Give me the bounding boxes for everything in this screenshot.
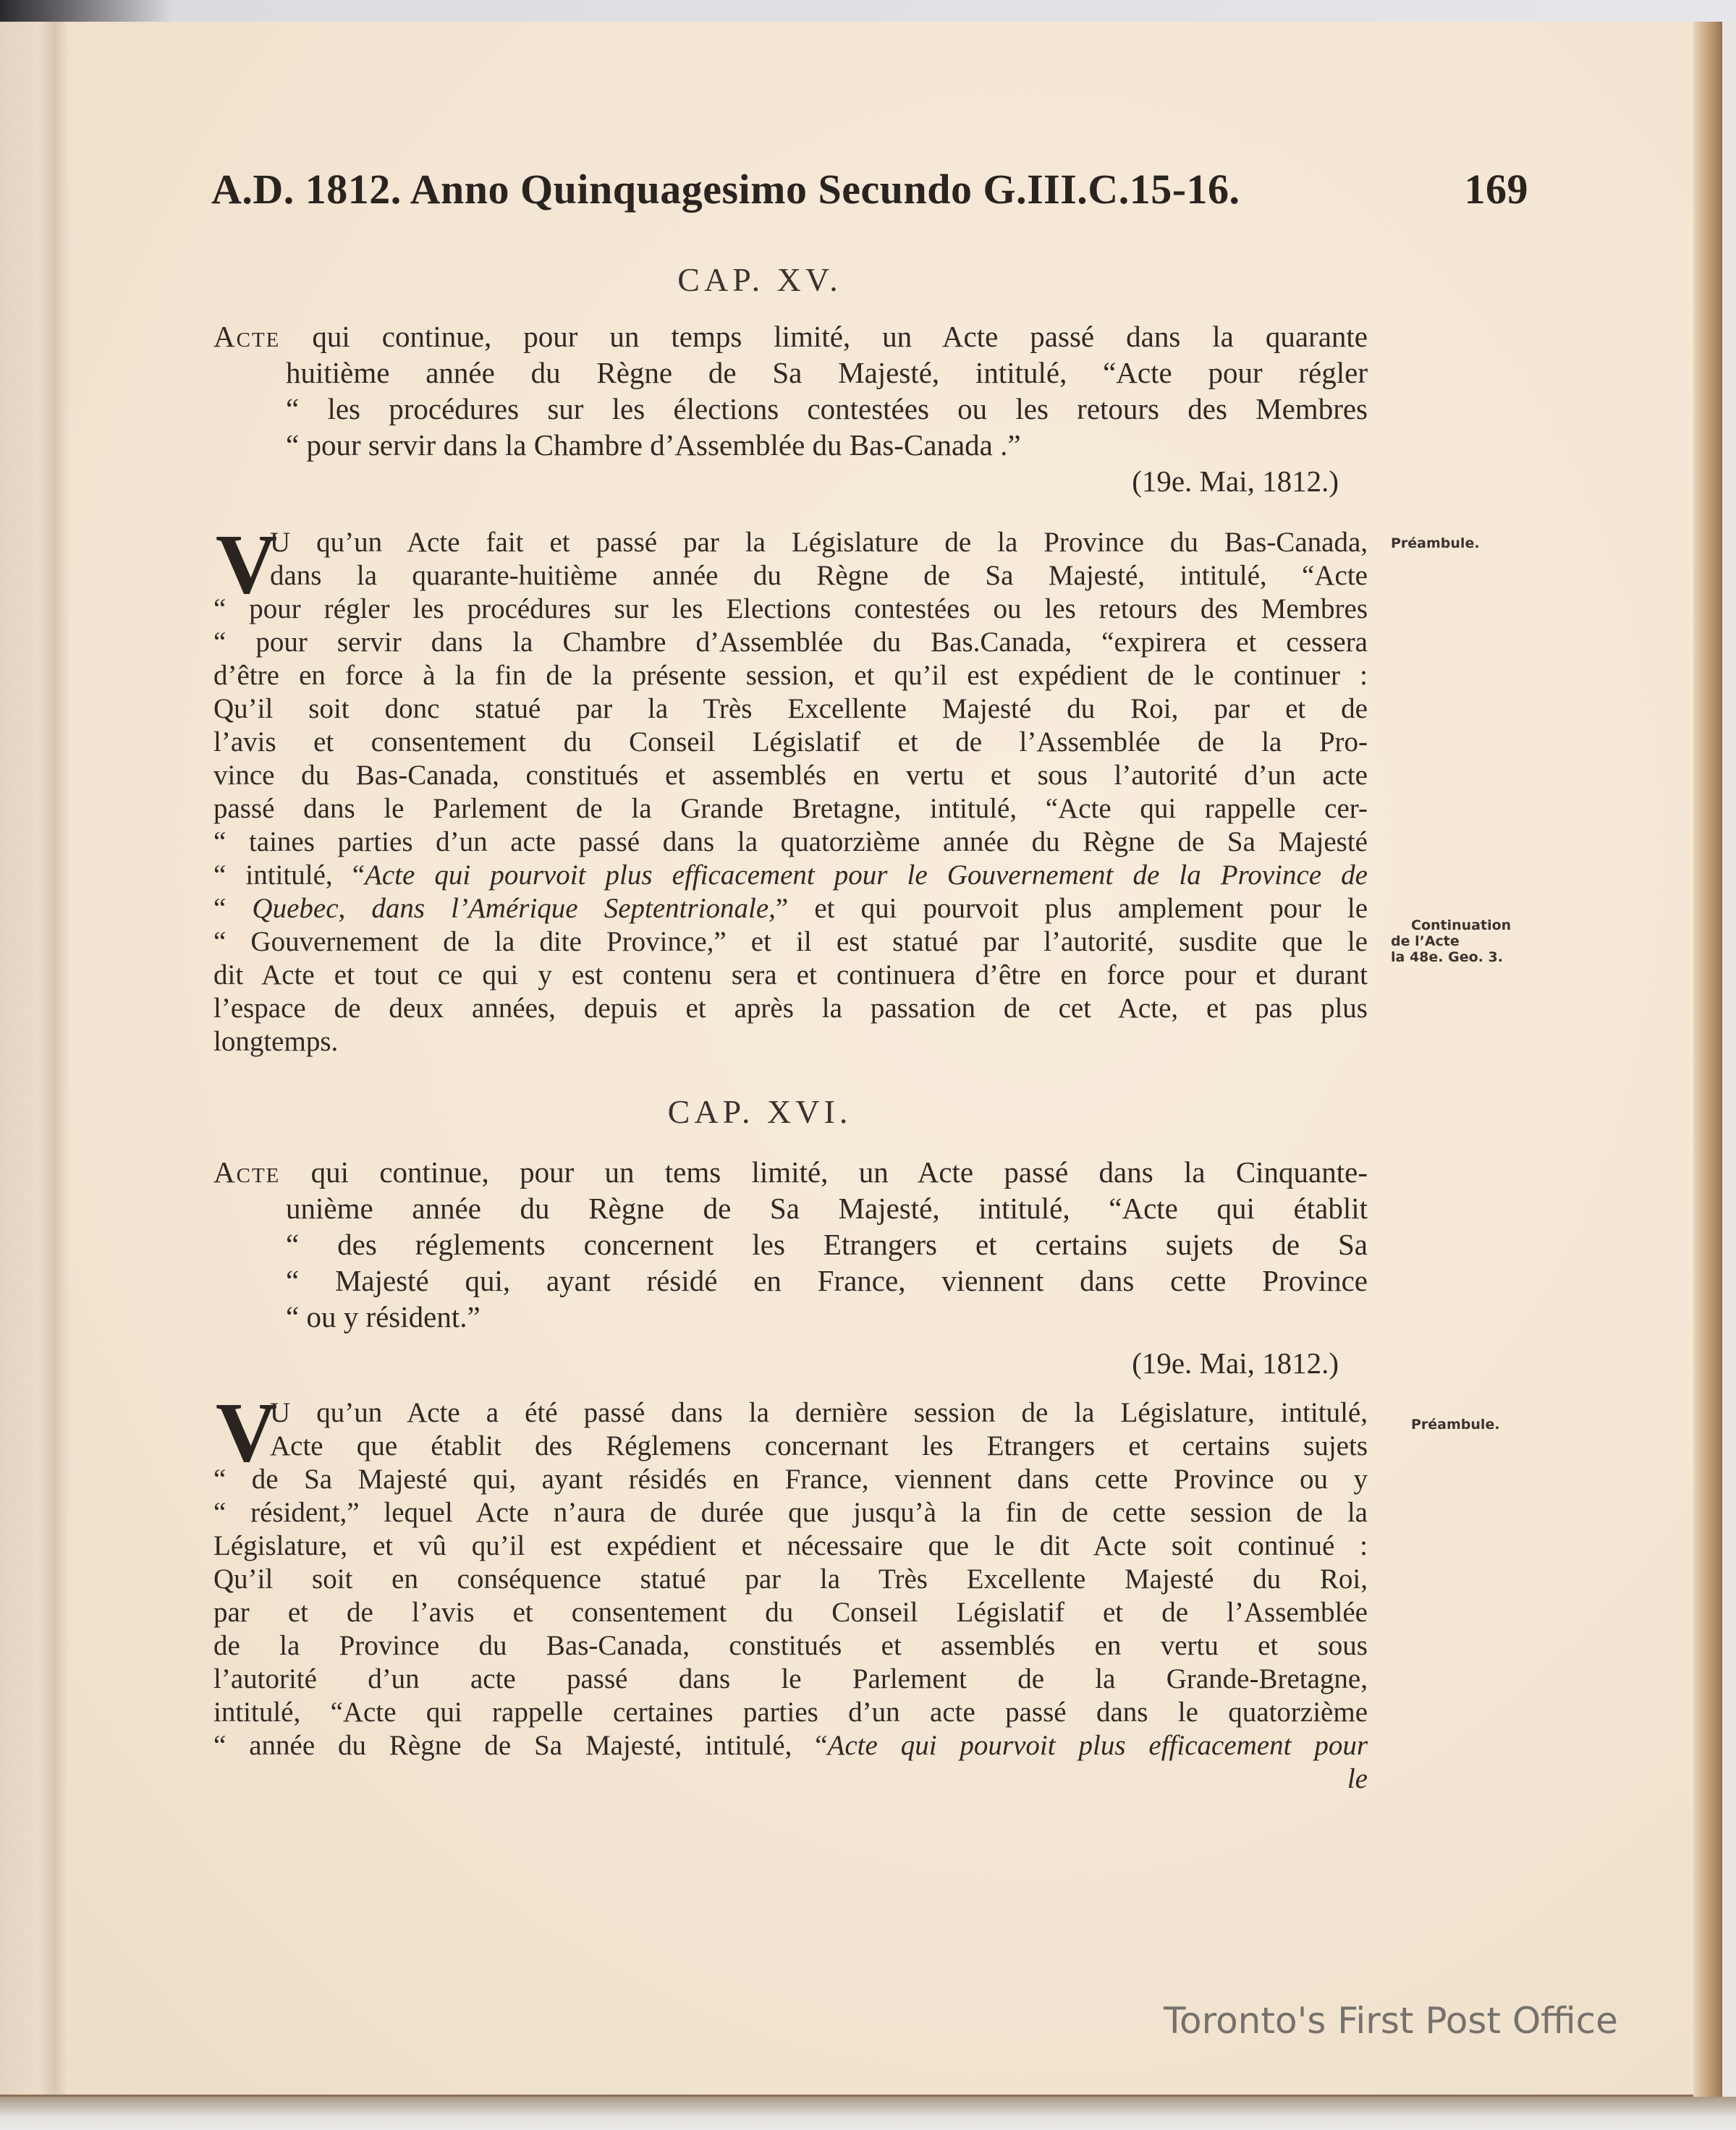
margin-note-preamble: Préambule. [1391,535,1528,551]
body-line: “ pour régler les procédures sur les Ele… [213,593,1368,626]
title-line: “ des réglements concernent les Etranger… [213,1226,1368,1263]
title-lead: Acte [213,1155,280,1189]
body-line: l’autorité d’un acte passé dans le Parle… [213,1663,1368,1696]
chapter-16-title: Acte qui continue, pour un tems limité, … [213,1154,1368,1381]
title-line: “ ou y résident.” [213,1299,1368,1335]
margin-note-continuation: Continuation de l’Acte la 48e. Geo. 3. [1391,917,1528,965]
body-line: “ Quebec, dans l’Amérique Septentrionale… [213,892,1368,925]
title-line: unième année du Règne de Sa Majesté, int… [213,1190,1368,1226]
scan-bottom-edge [0,2097,1736,2130]
body-line: Qu’il soit en conséquence statué par la … [213,1563,1368,1596]
page-number: 169 [1465,165,1529,213]
body-line: “ résident,” lequel Acte n’aura de durée… [213,1496,1368,1529]
scan-top-edge [0,0,1736,22]
body-line: “ de Sa Majesté qui, ayant résidés en Fr… [213,1463,1368,1496]
body-line: “ taines parties d’un acte passé dans la… [213,826,1368,859]
body-line: de la Province du Bas-Canada, constitués… [213,1629,1368,1663]
running-head-title: A.D. 1812. Anno Quinquagesimo Secundo G.… [211,165,1240,213]
chapter-15-title: Acte qui continue, pour un temps limité,… [213,318,1368,499]
body-line: dans la quarante-huitième année du Règne… [213,559,1368,593]
body-line: passé dans le Parlement de la Grande Bre… [213,792,1368,826]
page-fore-edge [1693,22,1722,2097]
body-line: “ pour servir dans la Chambre d’Assemblé… [213,626,1368,659]
body-line: intitulé, “Acte qui rappelle certaines p… [213,1696,1368,1729]
running-head: A.D. 1812. Anno Quinquagesimo Secundo G.… [211,165,1528,213]
title-line: “ les procédures sur les élections conte… [213,391,1368,427]
enactment-date: (19e. Mai, 1812.) [213,1345,1368,1381]
body-line: U qu’un Acte a été passé dans la dernièr… [213,1396,1368,1430]
body-line: dit Acte et tout ce qui y est contenu se… [213,959,1368,992]
body-line: “ année du Règne de Sa Majesté, intitulé… [213,1729,1368,1762]
title-line: Acte qui continue, pour un tems limité, … [213,1154,1368,1190]
body-line: Qu’il soit donc statué par la Très Excel… [213,692,1368,726]
title-line: Acte qui continue, pour un temps limité,… [213,318,1368,355]
body-line: Acte que établit des Réglemens concernan… [213,1430,1368,1463]
body-line: vince du Bas-Canada, constitués et assem… [213,759,1368,792]
title-line: “ Majesté qui, ayant résidé en France, v… [213,1263,1368,1299]
watermark: Toronto's First Post Office [1164,2000,1618,2042]
enactment-date: (19e. Mai, 1812.) [213,463,1368,499]
body-line: l’espace de deux années, depuis et après… [213,992,1368,1025]
body-line: d’être en force à la fin de la présente … [213,659,1368,692]
title-line: huitième année du Règne de Sa Majesté, i… [213,355,1368,391]
body-line: “ intitulé, “Acte qui pourvoit plus effi… [213,859,1368,892]
body-line: longtemps. [213,1025,1368,1058]
catchword: le [213,1762,1368,1796]
chapter-15-body: U qu’un Acte fait et passé par la Législ… [213,526,1368,1058]
body-line: “ Gouvernement de la dite Province,” et … [213,925,1368,959]
body-line: U qu’un Acte fait et passé par la Législ… [213,526,1368,559]
chapter-16-body: U qu’un Acte a été passé dans la dernièr… [213,1396,1368,1796]
body-line: par et de l’avis et consentement du Cons… [213,1596,1368,1629]
body-line: l’avis et consentement du Conseil Législ… [213,726,1368,759]
margin-note-preamble: Préambule. [1411,1417,1549,1433]
book-gutter [0,22,69,2095]
title-lead: Acte [213,320,280,353]
body-line: Législature, et vû qu’il est expédient e… [213,1529,1368,1563]
chapter-heading-16: CAP. XVI. [0,1092,1520,1131]
chapter-heading-15: CAP. XV. [0,260,1520,299]
title-line: “ pour servir dans la Chambre d’Assemblé… [213,427,1368,463]
